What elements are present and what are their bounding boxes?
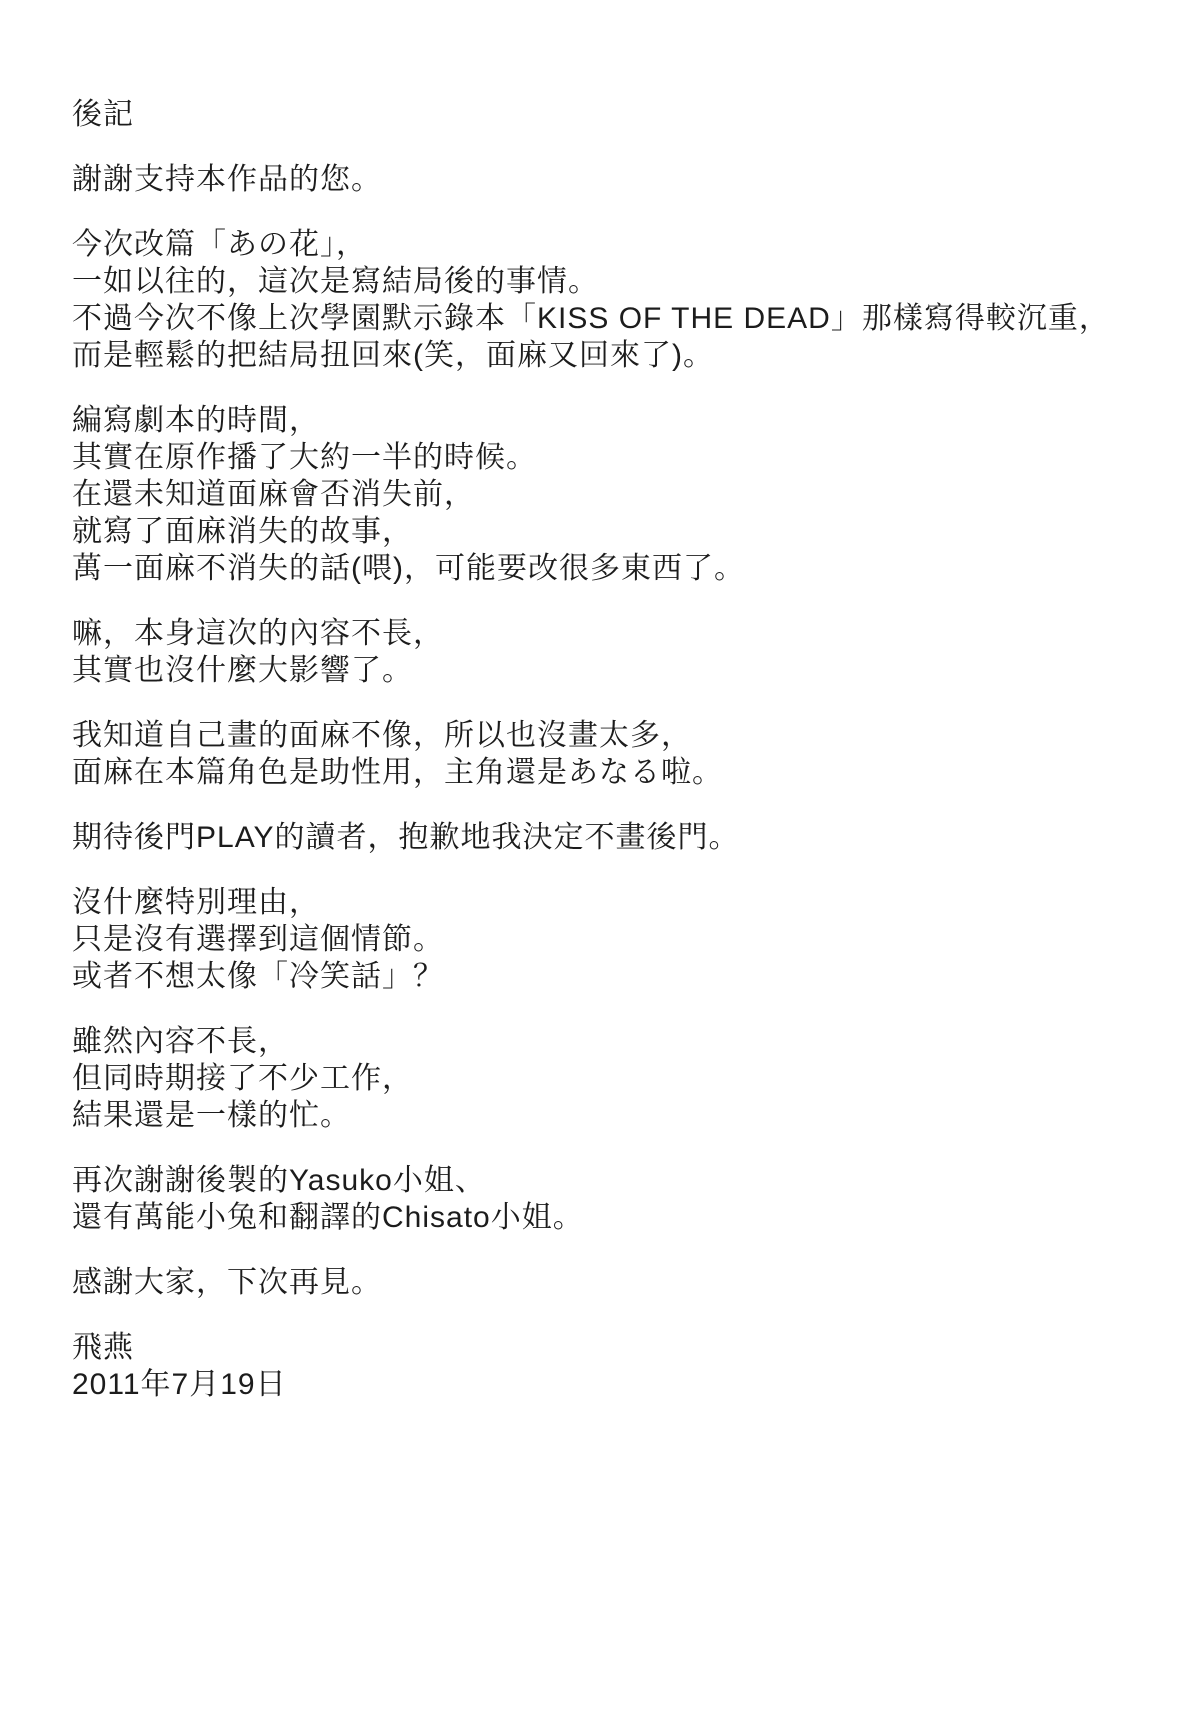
- signature-date: 2011年7月19日: [72, 1366, 1140, 1403]
- paragraph-length: 嘛，本身這次的內容不長， 其實也沒什麼大影響了。: [72, 615, 1140, 689]
- text-line: 還有萬能小兔和翻譯的Chisato小姐。: [72, 1199, 1140, 1236]
- text-line: 在還未知道面麻會否消失前，: [72, 476, 1140, 513]
- text-line: 我知道自己畫的面麻不像，所以也沒畫太多，: [72, 717, 1140, 754]
- paragraph-reason: 沒什麼特別理由， 只是沒有選擇到這個情節。 或者不想太像「冷笑話」？: [72, 884, 1140, 995]
- text-line: 再次謝謝後製的Yasuko小姐、: [72, 1162, 1140, 1199]
- text-line: 其實在原作播了大約一半的時候。: [72, 439, 1140, 476]
- text-line: 雖然內容不長，: [72, 1023, 1140, 1060]
- page-title: 後記: [72, 96, 1140, 133]
- text-line: 或者不想太像「冷笑話」？: [72, 958, 1140, 995]
- text-line: 就寫了面麻消失的故事，: [72, 513, 1140, 550]
- paragraph-thanks: 謝謝支持本作品的您。: [72, 161, 1140, 198]
- text-line: 感謝大家，下次再見。: [72, 1264, 1140, 1301]
- text-line: 而是輕鬆的把結局扭回來(笑，面麻又回來了)。: [72, 337, 1140, 374]
- text-line: 只是沒有選擇到這個情節。: [72, 921, 1140, 958]
- paragraph-apology: 期待後門PLAY的讀者，抱歉地我決定不畫後門。: [72, 819, 1140, 856]
- paragraph-credits: 再次謝謝後製的Yasuko小姐、 還有萬能小兔和翻譯的Chisato小姐。: [72, 1162, 1140, 1236]
- text-line: 期待後門PLAY的讀者，抱歉地我決定不畫後門。: [72, 819, 1140, 856]
- text-line: 編寫劇本的時間，: [72, 402, 1140, 439]
- text-line: 結果還是一樣的忙。: [72, 1097, 1140, 1134]
- text-line: 萬一面麻不消失的話(喂)，可能要改很多東西了。: [72, 550, 1140, 587]
- paragraph-adaptation: 今次改篇「あの花」， 一如以往的，這次是寫結局後的事情。 不過今次不像上次學園默…: [72, 226, 1140, 374]
- paragraph-drawing: 我知道自己畫的面麻不像，所以也沒畫太多， 面麻在本篇角色是助性用，主角還是あなる…: [72, 717, 1140, 791]
- text-line: 謝謝支持本作品的您。: [72, 161, 1140, 198]
- text-line: 嘛，本身這次的內容不長，: [72, 615, 1140, 652]
- paragraph-busy: 雖然內容不長， 但同時期接了不少工作， 結果還是一樣的忙。: [72, 1023, 1140, 1134]
- paragraph-script-timing: 編寫劇本的時間， 其實在原作播了大約一半的時候。 在還未知道面麻會否消失前， 就…: [72, 402, 1140, 587]
- text-line: 面麻在本篇角色是助性用，主角還是あなる啦。: [72, 754, 1140, 791]
- afterword-page: 後記 謝謝支持本作品的您。 今次改篇「あの花」， 一如以往的，這次是寫結局後的事…: [0, 0, 1200, 1723]
- text-line: 今次改篇「あの花」，: [72, 226, 1140, 263]
- text-line: 其實也沒什麼大影響了。: [72, 652, 1140, 689]
- signature: 飛燕 2011年7月19日: [72, 1329, 1140, 1403]
- text-line: 但同時期接了不少工作，: [72, 1060, 1140, 1097]
- text-line: 一如以往的，這次是寫結局後的事情。: [72, 263, 1140, 300]
- text-line: 沒什麼特別理由，: [72, 884, 1140, 921]
- text-line: 不過今次不像上次學園默示錄本「KISS OF THE DEAD」那樣寫得較沉重，: [72, 300, 1140, 337]
- paragraph-farewell: 感謝大家，下次再見。: [72, 1264, 1140, 1301]
- signature-name: 飛燕: [72, 1329, 1140, 1366]
